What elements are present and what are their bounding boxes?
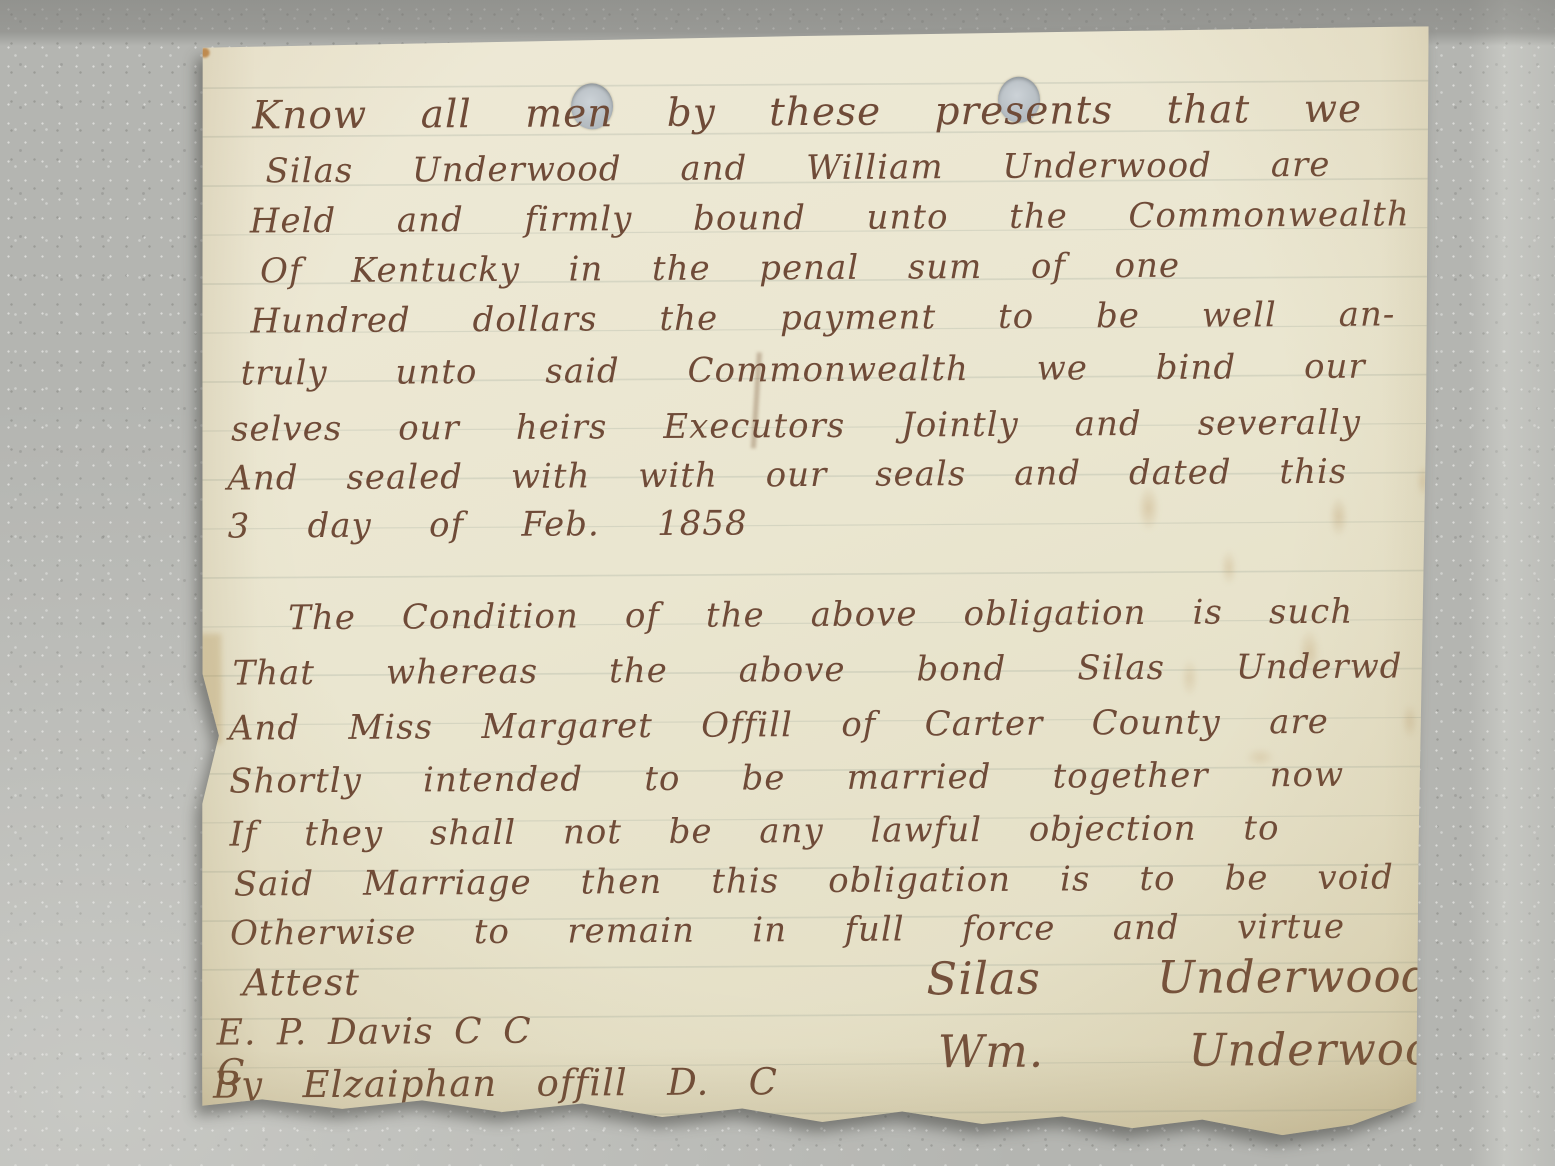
photo-background: Know all men by these presents that we S… <box>0 0 1555 1166</box>
paper-aging-vignette <box>196 26 1441 1146</box>
paper-shadow-wrapper: Know all men by these presents that we S… <box>0 0 1555 1166</box>
document-paper: Know all men by these presents that we S… <box>196 26 1441 1146</box>
